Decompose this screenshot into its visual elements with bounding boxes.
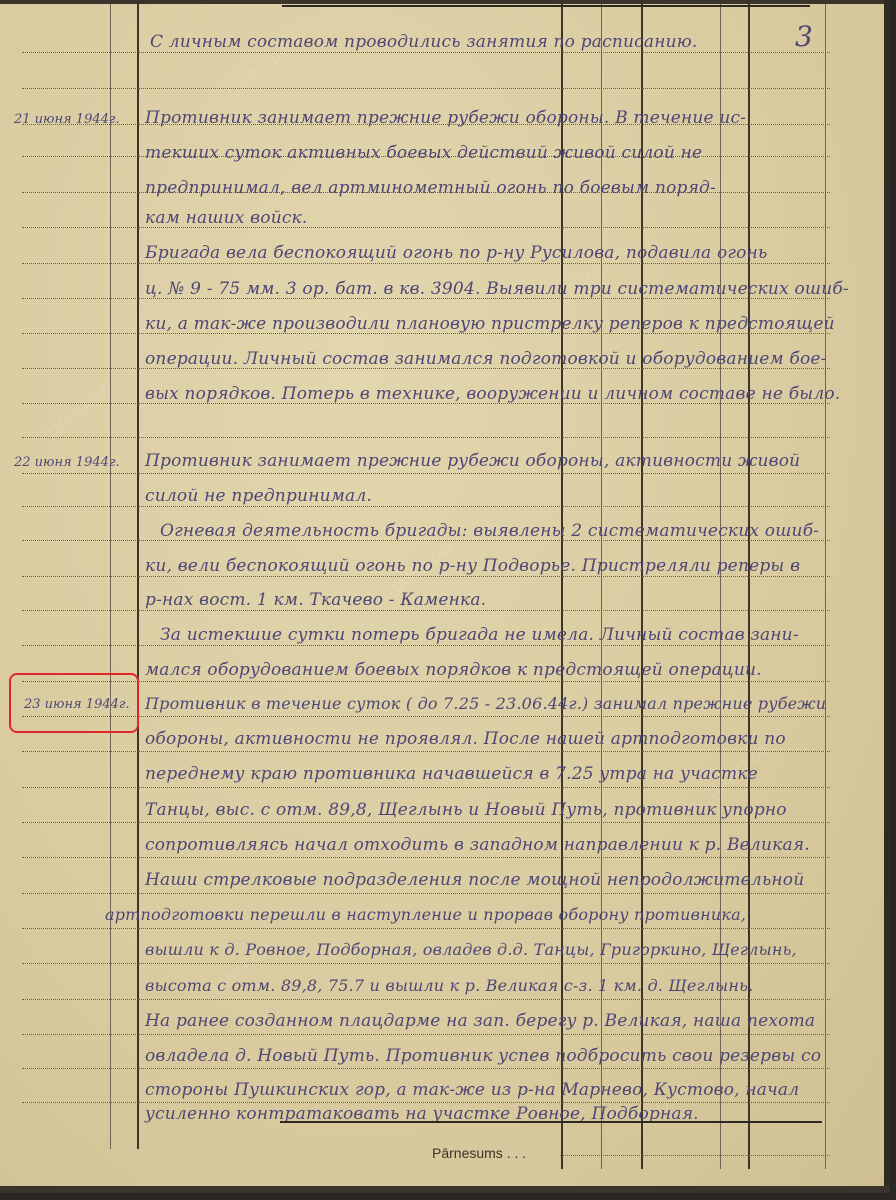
writing-line: [22, 999, 830, 1000]
page-right-edge: [884, 0, 890, 1193]
entry-line: обороны, активности не проявлял. После н…: [145, 729, 786, 749]
entry-line: овладела д. Новый Путь. Противник успев …: [145, 1046, 821, 1066]
page-top-edge: [0, 0, 890, 4]
entry-line: кам наших войск.: [145, 208, 308, 228]
writing-line: [22, 928, 830, 929]
writing-line: [22, 963, 830, 964]
entry-line: р-нах вост. 1 км. Ткачево - Каменка.: [145, 590, 486, 610]
entry-date: 21 июня 1944г.: [14, 112, 120, 127]
entry-line: силой не предпринимал.: [145, 486, 372, 506]
writing-line: [22, 857, 830, 858]
closing-rule: [280, 1121, 822, 1123]
writing-line: [22, 263, 830, 264]
writing-line: [22, 52, 830, 53]
page-bottom-edge: [0, 1186, 890, 1193]
writing-line: [22, 473, 830, 474]
entry-line: высота с отм. 89,8, 75.7 и вышли к р. Ве…: [145, 976, 753, 995]
entry-line: ки, а так-же производили плановую пристр…: [145, 314, 835, 334]
entry-line: ц. № 9 - 75 мм. 3 ор. бат. в кв. 3904. В…: [145, 279, 849, 299]
entry-line: Противник в течение суток ( до 7.25 - 23…: [145, 694, 826, 713]
entry-line: ки, вели беспокоящий огонь по р-ну Подво…: [145, 556, 800, 576]
entry-line: Бригада вела беспокоящий огонь по р-ну Р…: [145, 243, 767, 263]
top-rule: [282, 5, 810, 7]
column-rule: [825, 4, 826, 1169]
entry-line: Огневая деятельность бригады: выявлены 2…: [160, 521, 819, 541]
carry-over-label: Pārnesums . . .: [432, 1145, 526, 1161]
writing-line: [22, 681, 830, 682]
entry-date-highlighted: 23 июня 1944г.: [24, 697, 130, 712]
writing-line: [22, 751, 830, 752]
page-number: 3: [795, 20, 813, 53]
writing-line: [22, 1102, 830, 1103]
entry-line: За истекшие сутки потерь бригада не имел…: [160, 625, 799, 645]
writing-line: [22, 88, 830, 89]
entry-line: мался оборудованием боевых порядков к пр…: [145, 660, 762, 680]
writing-line: [22, 822, 830, 823]
entry-line: предпринимал, вел артминометный огонь по…: [145, 178, 716, 198]
writing-line: [22, 437, 830, 438]
entry-line: стороны Пушкинских гор, а так-же из р-на…: [145, 1080, 799, 1100]
entry-line: Наши стрелковые подразделения после мощн…: [145, 870, 804, 890]
writing-line: [22, 1068, 830, 1069]
entry-line: вышли к д. Ровное, Подборная, овладев д.…: [145, 940, 797, 959]
writing-line: [22, 576, 830, 577]
entry-line: Танцы, выс. с отм. 89,8, Щеглынь и Новый…: [145, 800, 787, 820]
entry-line: артподготовки перешли в наступление и пр…: [105, 905, 746, 924]
writing-line: [22, 716, 830, 717]
intro-line: С личным составом проводились занятия по…: [150, 32, 698, 52]
entry-line: На ранее созданном плацдарме на зап. бер…: [145, 1011, 815, 1031]
entry-line: Противник занимает прежние рубежи оборон…: [145, 451, 800, 471]
entry-line: Противник занимает прежние рубежи оборон…: [145, 108, 746, 128]
entry-line: сопротивляясь начал отходить в западном …: [145, 835, 810, 855]
carry-over-line: [560, 1155, 830, 1156]
watermark: ЦАМО.рф: [43, 377, 115, 442]
entry-line: операции. Личный состав занимался подгот…: [145, 349, 827, 369]
archival-page: ЦАМО.рф ЦАМО.рф ЦАМО.рф ЦАМО.рф ЦАМО.рф …: [0, 0, 890, 1193]
entry-line: переднему краю противника начавшейся в 7…: [145, 764, 758, 784]
writing-line: [22, 227, 830, 228]
writing-line: [22, 787, 830, 788]
entry-date: 22 июня 1944г.: [14, 455, 120, 470]
writing-line: [22, 645, 830, 646]
writing-line: [22, 506, 830, 507]
writing-line: [22, 610, 830, 611]
writing-line: [22, 893, 830, 894]
entry-line: текших суток активных боевых действий жи…: [145, 143, 702, 163]
entry-line: вых порядков. Потерь в технике, вооружен…: [145, 384, 840, 404]
writing-line: [22, 1034, 830, 1035]
